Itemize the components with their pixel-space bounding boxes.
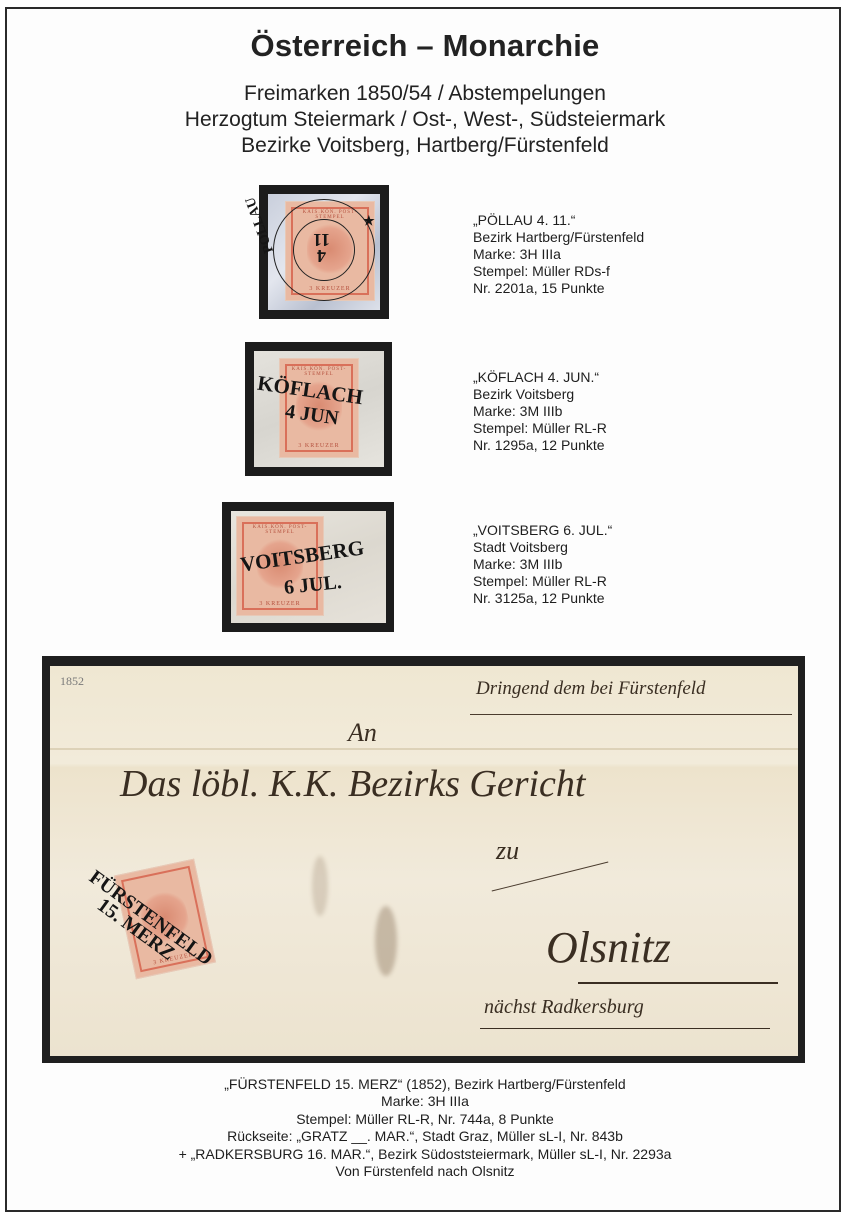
address-recipient: Das löbl. K.K. Bezirks Gericht xyxy=(120,762,585,806)
stamp-description-koeflach: „KÖFLACH 4. JUN.“ Bezirk Voitsberg Marke… xyxy=(473,369,607,454)
stamp-value-text: 3 KREUZER xyxy=(288,443,350,449)
stamp-header-text: KAIS.KÖN. POST-STEMPEL xyxy=(245,525,315,535)
district: Stadt Voitsberg xyxy=(473,539,612,556)
district: Bezirk Voitsberg xyxy=(473,386,607,403)
cancel-title: „VOITSBERG 6. JUL.“ xyxy=(473,522,612,539)
stamp-mount-poellau: KAIS.KÖN. POST-STEMPEL 3 KREUZER POLLAU … xyxy=(259,185,389,319)
caption-line-catalog: Stempel: Müller RL-R, Nr. 744a, 8 Punkte xyxy=(0,1111,850,1128)
address-bottom-note: nächst Radkersburg xyxy=(484,996,644,1019)
caption-line-stamp: Marke: 3H IIIa xyxy=(0,1093,850,1110)
cancel-day: 4 xyxy=(317,245,326,266)
stain xyxy=(375,906,397,976)
stamp-type: Marke: 3M IIIb xyxy=(473,556,612,573)
address-an: An xyxy=(348,718,377,748)
pencil-year-note: 1852 xyxy=(60,674,84,689)
page-subtitle-3: Bezirke Voitsberg, Hartberg/Fürstenfeld xyxy=(0,134,850,158)
catalog-number: Nr. 2201a, 15 Punkte xyxy=(473,280,644,297)
cancel-type: Stempel: Müller RL-R xyxy=(473,573,612,590)
stamp-value-text: 3 KREUZER xyxy=(245,601,315,607)
caption-line-cancel: „FÜRSTENFELD 15. MERZ“ (1852), Bezirk Ha… xyxy=(0,1076,850,1093)
address-destination: Olsnitz xyxy=(546,922,671,973)
stain xyxy=(312,856,328,916)
stamp-description-poellau: „PÖLLAU 4. 11.“ Bezirk Hartberg/Fürstenf… xyxy=(473,212,644,297)
destination-underline xyxy=(578,982,778,984)
caption-line-route: Von Fürstenfeld nach Olsnitz xyxy=(0,1163,850,1180)
cancel-title: „PÖLLAU 4. 11.“ xyxy=(473,212,644,229)
caption-line-back-1: Rückseite: „GRATZ __. MAR.“, Stadt Graz,… xyxy=(0,1128,850,1145)
postal-cover: 1852 Dringend dem bei Fürstenfeld An Das… xyxy=(50,666,798,1056)
stamp-mount-voitsberg: KAIS.KÖN. POST-STEMPEL 3 KREUZER VOITSBE… xyxy=(222,502,394,632)
cover-caption: „FÜRSTENFELD 15. MERZ“ (1852), Bezirk Ha… xyxy=(0,1076,850,1180)
catalog-number: Nr. 1295a, 12 Punkte xyxy=(473,437,607,454)
routing-note: Dringend dem bei Fürstenfeld xyxy=(476,678,706,700)
page-title: Österreich – Monarchie xyxy=(0,28,850,64)
cancel-type: Stempel: Müller RDs-f xyxy=(473,263,644,280)
caption-line-back-2: + „RADKERSBURG 16. MAR.“, Bezirk Südosts… xyxy=(0,1146,850,1163)
catalog-number: Nr. 3125a, 12 Punkte xyxy=(473,590,612,607)
routing-underline xyxy=(470,714,792,715)
stamp-description-voitsberg: „VOITSBERG 6. JUL.“ Stadt Voitsberg Mark… xyxy=(473,522,612,607)
star-icon: ★ xyxy=(363,213,375,229)
page-subtitle-2: Herzogtum Steiermark / Ost-, West-, Süds… xyxy=(0,108,850,132)
fold-line xyxy=(50,748,798,750)
stamp-type: Marke: 3H IIIa xyxy=(473,246,644,263)
page-subtitle-1: Freimarken 1850/54 / Abstempelungen xyxy=(0,82,850,106)
address-zu: zu xyxy=(496,836,519,866)
stamp-mount-koeflach: KAIS.KÖN. POST-STEMPEL 3 KREUZER KÖFLACH… xyxy=(245,342,392,476)
bottom-underline xyxy=(480,1028,770,1029)
cancel-type: Stempel: Müller RL-R xyxy=(473,420,607,437)
cancel-title: „KÖFLACH 4. JUN.“ xyxy=(473,369,607,386)
stamp-type: Marke: 3M IIIb xyxy=(473,403,607,420)
district: Bezirk Hartberg/Fürstenfeld xyxy=(473,229,644,246)
